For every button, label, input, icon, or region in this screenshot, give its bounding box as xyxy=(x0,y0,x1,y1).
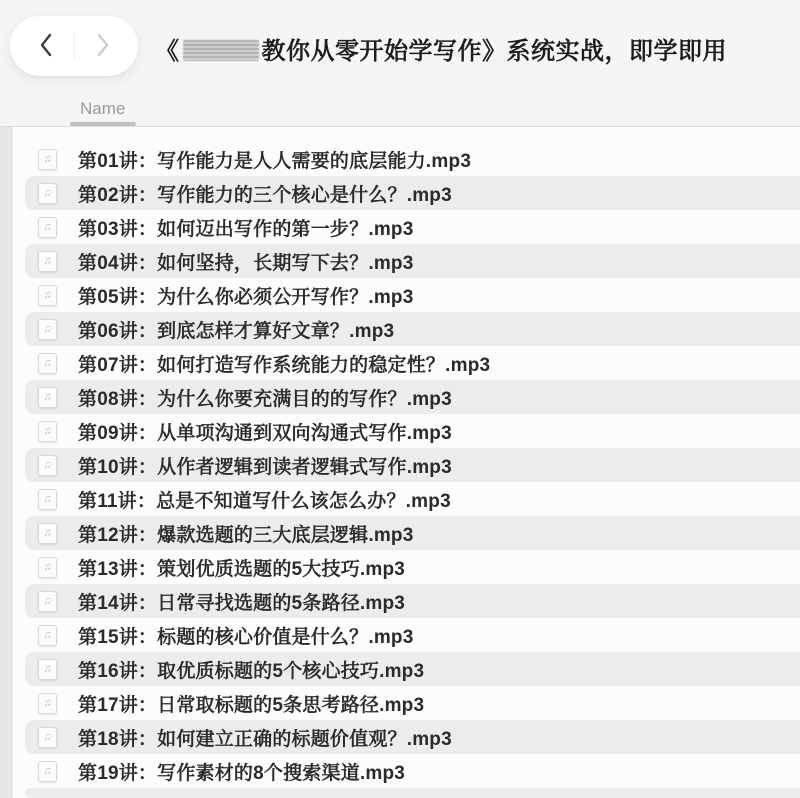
audio-file-icon: ♫ xyxy=(38,149,57,170)
file-row[interactable]: ♫ 第03讲：如何迈出写作的第一步？.mp3 xyxy=(0,210,800,244)
file-name: 第11讲：总是不知道写什么该怎么办？.mp3 xyxy=(78,486,451,513)
audio-file-icon: ♫ xyxy=(38,319,57,340)
music-note-glyph: ♫ xyxy=(43,256,51,267)
file-row[interactable]: ♫ 第04讲：如何坚持，长期写下去？.mp3 xyxy=(0,244,800,278)
file-name: 第12讲：爆款选题的三大底层逻辑.mp3 xyxy=(78,520,413,547)
file-name: 第13讲：策划优质选题的5大技巧.mp3 xyxy=(78,554,405,581)
forward-button[interactable] xyxy=(75,16,131,76)
file-name: 第05讲：为什么你必须公开写作？.mp3 xyxy=(78,282,413,309)
file-row[interactable]: ♫ 第02讲：写作能力的三个核心是什么？.mp3 xyxy=(0,176,800,210)
title-prefix: 《 xyxy=(155,38,180,65)
file-row[interactable]: ♫ 第12讲：爆款选题的三大底层逻辑.mp3 xyxy=(0,516,800,550)
title-text: 教你从零开始学写作》系统实战，即学即用 xyxy=(262,38,728,65)
audio-file-icon: ♫ xyxy=(38,251,57,272)
audio-file-icon: ♫ xyxy=(38,353,57,374)
audio-file-icon: ♫ xyxy=(38,421,57,442)
file-row[interactable]: ♫ 第16讲：取优质标题的5个核心技巧.mp3 xyxy=(0,652,800,686)
audio-file-icon: ♫ xyxy=(38,285,57,306)
chevron-left-icon xyxy=(38,32,54,61)
music-note-glyph: ♫ xyxy=(43,494,51,505)
audio-file-icon: ♫ xyxy=(38,659,57,680)
file-name: 第06讲：到底怎样才算好文章？.mp3 xyxy=(78,316,394,343)
music-note-glyph: ♫ xyxy=(43,324,51,335)
audio-file-icon: ♫ xyxy=(38,727,57,748)
audio-file-icon: ♫ xyxy=(38,523,57,544)
file-name: 第04讲：如何坚持，长期写下去？.mp3 xyxy=(78,248,413,275)
redacted-name-block xyxy=(183,40,259,61)
file-name: 第08讲：为什么你要充满目的的写作？.mp3 xyxy=(78,384,452,411)
file-name: 第01讲：写作能力是人人需要的底层能力.mp3 xyxy=(78,146,471,173)
music-note-glyph: ♫ xyxy=(43,562,51,573)
music-note-glyph: ♫ xyxy=(43,528,51,539)
file-row[interactable]: ♫ 第07讲：如何打造写作系统能力的稳定性？.mp3 xyxy=(0,346,800,380)
audio-file-icon: ♫ xyxy=(38,455,57,476)
audio-file-icon: ♫ xyxy=(38,387,57,408)
music-note-glyph: ♫ xyxy=(43,392,51,403)
file-name: 第18讲：如何建立正确的标题价值观？.mp3 xyxy=(78,724,452,751)
audio-file-icon: ♫ xyxy=(38,591,57,612)
music-note-glyph: ♫ xyxy=(43,154,51,165)
finder-window: 《教你从零开始学写作》系统实战，即学即用 Name ♫ 第01讲：写作能力是人人… xyxy=(0,0,800,798)
music-note-glyph: ♫ xyxy=(43,188,51,199)
file-row[interactable]: ♫ 第08讲：为什么你要充满目的的写作？.mp3 xyxy=(0,380,800,414)
file-name: 第07讲：如何打造写作系统能力的稳定性？.mp3 xyxy=(78,350,490,377)
audio-file-icon: ♫ xyxy=(38,217,57,238)
music-note-glyph: ♫ xyxy=(43,358,51,369)
audio-file-icon: ♫ xyxy=(38,557,57,578)
file-name: 第17讲：日常取标题的5条思考路径.mp3 xyxy=(78,690,424,717)
window-title: 《教你从零开始学写作》系统实战，即学即用 xyxy=(155,31,727,66)
file-row[interactable]: ♫ 第14讲：日常寻找选题的5条路径.mp3 xyxy=(0,584,800,618)
file-row[interactable]: ♫ 第19讲：写作素材的8个搜索渠道.mp3 xyxy=(0,754,800,788)
back-button[interactable] xyxy=(18,16,74,76)
audio-file-icon: ♫ xyxy=(38,489,57,510)
file-list: ♫ 第01讲：写作能力是人人需要的底层能力.mp3 ♫ 第02讲：写作能力的三个… xyxy=(0,142,800,788)
audio-file-icon: ♫ xyxy=(38,625,57,646)
file-row[interactable]: ♫ 第01讲：写作能力是人人需要的底层能力.mp3 xyxy=(0,142,800,176)
audio-file-icon: ♫ xyxy=(38,761,57,782)
music-note-glyph: ♫ xyxy=(43,426,51,437)
file-name: 第15讲：标题的核心价值是什么？.mp3 xyxy=(78,622,413,649)
audio-file-icon: ♫ xyxy=(38,183,57,204)
file-name: 第19讲：写作素材的8个搜索渠道.mp3 xyxy=(78,758,405,785)
file-row[interactable]: ♫ 第05讲：为什么你必须公开写作？.mp3 xyxy=(0,278,800,312)
file-row[interactable]: ♫ 第13讲：策划优质选题的5大技巧.mp3 xyxy=(0,550,800,584)
file-row[interactable]: ♫ 第06讲：到底怎样才算好文章？.mp3 xyxy=(0,312,800,346)
audio-file-icon: ♫ xyxy=(38,693,57,714)
file-name: 第09讲：从单项沟通到双向沟通式写作.mp3 xyxy=(78,418,452,445)
file-name: 第02讲：写作能力的三个核心是什么？.mp3 xyxy=(78,180,452,207)
file-row[interactable]: ♫ 第17讲：日常取标题的5条思考路径.mp3 xyxy=(0,686,800,720)
file-name: 第03讲：如何迈出写作的第一步？.mp3 xyxy=(78,214,413,241)
column-header-name[interactable]: Name xyxy=(80,99,125,119)
chevron-right-icon xyxy=(95,32,111,61)
navigation-pill xyxy=(10,16,138,76)
partial-row-stripe xyxy=(25,788,800,798)
file-name: 第16讲：取优质标题的5个核心技巧.mp3 xyxy=(78,656,424,683)
music-note-glyph: ♫ xyxy=(43,664,51,675)
file-row[interactable]: ♫ 第11讲：总是不知道写什么该怎么办？.mp3 xyxy=(0,482,800,516)
music-note-glyph: ♫ xyxy=(43,698,51,709)
file-row[interactable]: ♫ 第10讲：从作者逻辑到读者逻辑式写作.mp3 xyxy=(0,448,800,482)
file-row[interactable]: ♫ 第09讲：从单项沟通到双向沟通式写作.mp3 xyxy=(0,414,800,448)
music-note-glyph: ♫ xyxy=(43,290,51,301)
music-note-glyph: ♫ xyxy=(43,766,51,777)
music-note-glyph: ♫ xyxy=(43,460,51,471)
file-name: 第10讲：从作者逻辑到读者逻辑式写作.mp3 xyxy=(78,452,452,479)
music-note-glyph: ♫ xyxy=(43,630,51,641)
music-note-glyph: ♫ xyxy=(43,222,51,233)
file-row[interactable]: ♫ 第15讲：标题的核心价值是什么？.mp3 xyxy=(0,618,800,652)
file-name: 第14讲：日常寻找选题的5条路径.mp3 xyxy=(78,588,405,615)
file-row[interactable]: ♫ 第18讲：如何建立正确的标题价值观？.mp3 xyxy=(0,720,800,754)
music-note-glyph: ♫ xyxy=(43,732,51,743)
music-note-glyph: ♫ xyxy=(43,596,51,607)
